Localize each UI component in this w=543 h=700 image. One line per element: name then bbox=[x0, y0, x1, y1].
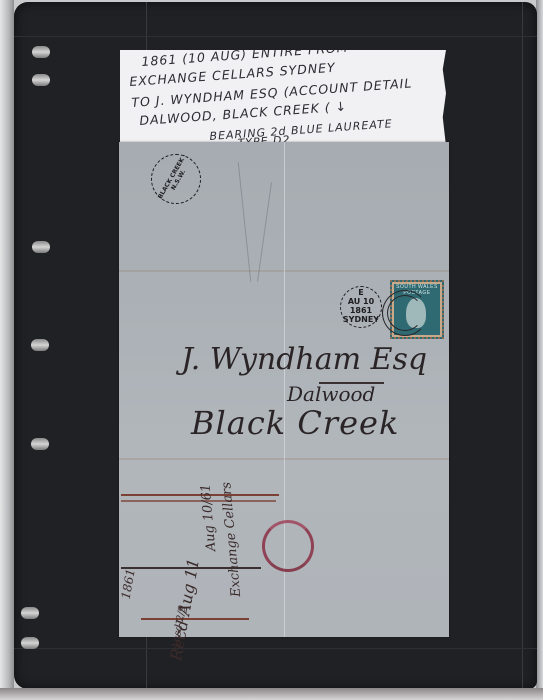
wax-seal-remnant bbox=[262, 520, 314, 572]
black-creek-backstamp: BLACK CREEK · N.S.W. bbox=[151, 154, 201, 204]
binder-hole bbox=[32, 241, 50, 253]
address-line-3: Black Creek bbox=[191, 404, 399, 442]
docket-received-year: 1861 bbox=[119, 568, 138, 601]
backstamp-text: BLACK CREEK · N.S.W. bbox=[155, 150, 196, 209]
postal-cover: BLACK CREEK · N.S.W. E AU 10 1861 SYDNEY… bbox=[119, 142, 449, 637]
cancel-ring-icon bbox=[387, 295, 423, 331]
paper-crease bbox=[257, 182, 272, 281]
sydney-postmark: E AU 10 1861 SYDNEY bbox=[340, 286, 382, 328]
sheet-divider-right bbox=[522, 2, 523, 689]
docket-rule bbox=[121, 500, 276, 502]
sleeve-right-edge bbox=[536, 0, 543, 700]
address-name: J. Wyndham Esq bbox=[181, 342, 427, 377]
description-card: 1861 (10 AUG) ENTIRE FROM EXCHANGE CELLA… bbox=[120, 50, 446, 146]
docket-sender: Exchange Cellars bbox=[219, 481, 244, 597]
binder-hole bbox=[32, 74, 50, 86]
address-line-2: Dalwood bbox=[287, 382, 375, 406]
binder-hole bbox=[32, 46, 50, 58]
sleeve-left-edge bbox=[0, 0, 14, 700]
sheet-divider-top bbox=[14, 36, 537, 37]
binder-hole bbox=[31, 438, 49, 450]
paper-crease bbox=[238, 162, 252, 281]
binder-hole bbox=[21, 637, 39, 649]
sleeve-bottom-edge bbox=[0, 688, 543, 700]
docket-rule bbox=[141, 618, 249, 620]
sheet-divider-bottom bbox=[14, 648, 537, 649]
postmark-town: SYDNEY bbox=[343, 316, 379, 325]
binder-hole bbox=[21, 607, 39, 619]
binder-hole bbox=[31, 339, 49, 351]
